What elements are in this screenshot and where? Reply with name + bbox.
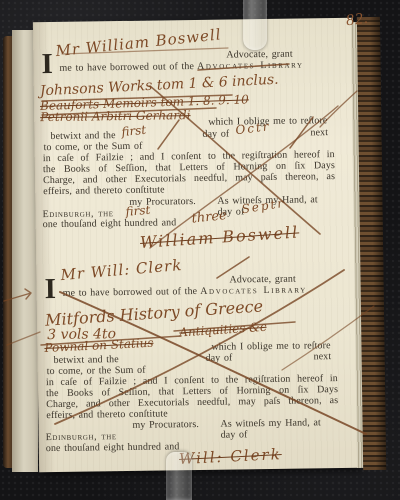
printed-year-line-1: one thouſand eight hundred and — [43, 217, 177, 230]
printed-witness-2: As witneſs my Hand, at — [220, 417, 321, 429]
book-entry-2-line-2-struck: Antiquities &c — [179, 320, 267, 340]
signature-2: Will: Clerk — [179, 445, 283, 468]
advocates-library-label-1: Advocates Library — [197, 59, 304, 71]
printed-year-line-2: one thouſand eight hundred and — [46, 441, 180, 454]
printed-day-of-1a: day of — [202, 129, 229, 140]
book-entry-1-line-3-struck: Petronii Arbitri Gerhardi — [40, 108, 191, 124]
printed-procurators-2: my Procurators. — [132, 419, 199, 431]
drop-cap-initial-2: I — [44, 276, 56, 302]
printed-borrow-line-2: me to have borrowed out of theAdvocates … — [63, 284, 307, 298]
printed-effeirs-1: effeirs, and thereto conſtitute — [43, 184, 165, 197]
printed-next-2: next — [313, 351, 331, 362]
sign-day-1: first — [125, 203, 151, 219]
borrower-name-2: Mr Will: Clerk — [60, 256, 183, 284]
borrow-intro-1: me to have borrowed out of the — [59, 61, 194, 74]
drop-cap-initial-1: I — [41, 51, 53, 77]
printed-next-1: next — [310, 127, 328, 138]
return-month-1: Octr — [235, 119, 272, 137]
printed-betwixt-2: betwixt and the — [54, 354, 119, 366]
ledger-page: I Mr William Boswell Advocate, grant me … — [33, 18, 359, 472]
printed-day-of-2b: day of — [221, 429, 248, 440]
sign-year-1: three — [191, 208, 228, 226]
borrower-name-1: Mr William Boswell — [55, 25, 223, 60]
printed-day-of-2a: day of — [206, 353, 233, 364]
advocates-library-label-2: Advocates Library — [200, 284, 307, 296]
return-day-1: first — [121, 123, 147, 139]
folio-number: 82. — [345, 10, 370, 31]
borrow-intro-2: me to have borrowed out of the — [63, 286, 198, 299]
